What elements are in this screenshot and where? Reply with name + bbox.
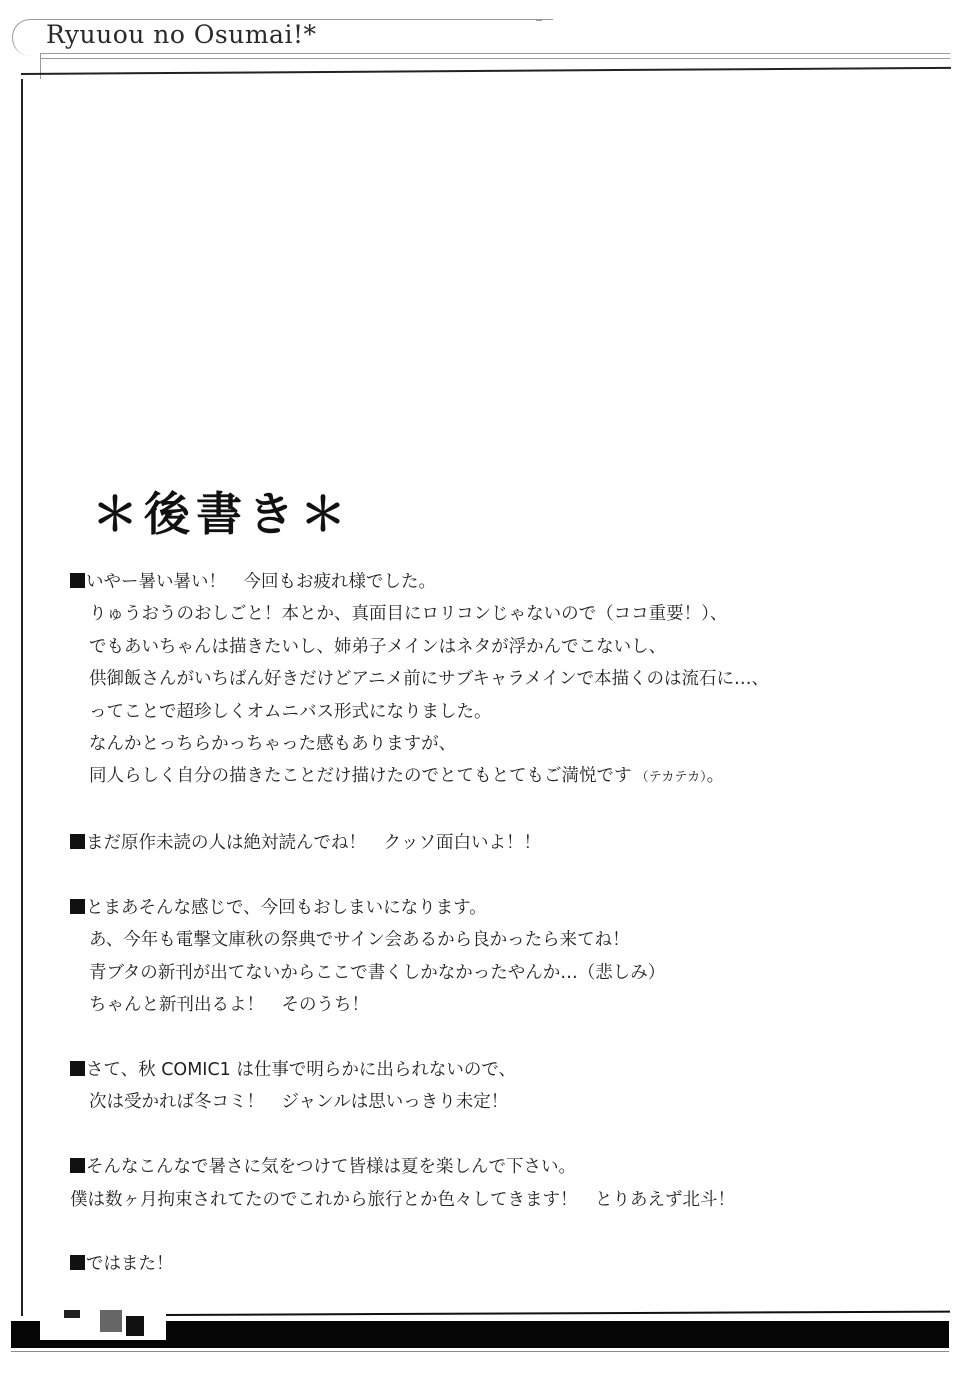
text-line: とまあそんな感じで、今回もおしまいになります。 <box>70 892 930 924</box>
line-text: ってことで超珍しくオムニバス形式になりました。 <box>89 702 492 722</box>
header-vertical-tick <box>40 53 41 79</box>
line-text: ちゃんと新刊出るよ！ そのうち！ <box>89 995 369 1015</box>
line-text: さて、秋 COMIC1 は仕事で明らかに出られないので、 <box>86 1060 516 1080</box>
text-line: まだ原作未読の人は絶対読んでね！ クッソ面白いよ！！ <box>70 827 930 859</box>
chibi-character-icon <box>100 1310 122 1332</box>
paragraph: そんなこんなで暑さに気をつけて皆様は夏を楽しんで下さい。僕は数ヶ月拘束されてたの… <box>70 1151 930 1216</box>
chibi-character-icon <box>126 1316 144 1336</box>
square-bullet-icon <box>70 899 85 914</box>
line-text: いやー暑い暑い！ 今回もお疲れ様でした。 <box>86 572 436 592</box>
frame-left-border <box>21 79 23 1316</box>
text-line: ってことで超珍しくオムニバス形式になりました。 <box>70 696 930 728</box>
paragraph: まだ原作未読の人は絶対読んでね！ クッソ面白いよ！！ <box>70 827 930 859</box>
text-line: りゅうおうのおしごと！本とか、真面目にロリコンじゃないので（ココ重要！）、 <box>70 598 930 630</box>
text-line: 次は受かれば冬コミ！ ジャンルは思いっきり未定！ <box>70 1086 930 1118</box>
text-line: 僕は数ヶ月拘束されてたのでこれから旅行とか色々してきます！ とりあえず北斗！ <box>70 1184 930 1216</box>
line-text: 次は受かれば冬コミ！ ジャンルは思いっきり未定！ <box>89 1092 508 1112</box>
line-text: 青ブタの新刊が出てないからここで書くしかなかったやんか…（悲しみ） <box>89 963 665 983</box>
line-text: でもあいちゃんは描きたいし、姉弟子メインはネタが浮かんでこないし、 <box>89 637 666 657</box>
square-bullet-icon <box>70 573 85 588</box>
header-rule-2 <box>40 58 950 59</box>
line-text: ではまた！ <box>86 1254 174 1274</box>
line-text: とまあそんな感じで、今回もおしまいになります。 <box>86 898 487 918</box>
square-bullet-icon <box>70 1255 85 1270</box>
header-rule-stub <box>536 20 542 21</box>
paragraph: さて、秋 COMIC1 は仕事で明らかに出られないので、次は受かれば冬コミ！ ジ… <box>70 1054 930 1119</box>
text-line: なんかとっちらかっちゃった感もありますが、 <box>70 728 930 760</box>
footer-rule <box>11 1351 949 1352</box>
text-line: そんなこんなで暑さに気をつけて皆様は夏を楽しんで下さい。 <box>70 1151 930 1183</box>
line-text: そんなこんなで暑さに気をつけて皆様は夏を楽しんで下さい。 <box>86 1157 576 1177</box>
footer-character-strip <box>40 1310 166 1340</box>
page-header-title: Ryuuou no Osumai!* <box>46 20 317 49</box>
line-text: まだ原作未読の人は絶対読んでね！ クッソ面白いよ！！ <box>86 833 541 853</box>
text-line: 同人らしく自分の描きたことだけ描けたのでとてもとてもご満悦です （テカテカ）。 <box>70 760 930 794</box>
paragraph: いやー暑い暑い！ 今回もお疲れ様でした。りゅうおうのおしごと！本とか、真面目にロ… <box>70 566 930 795</box>
chibi-character-icon <box>64 1310 80 1318</box>
aside-text: （テカテカ） <box>632 770 707 785</box>
afterword-body: いやー暑い暑い！ 今回もお疲れ様でした。りゅうおうのおしごと！本とか、真面目にロ… <box>70 566 930 1313</box>
paragraph: とまあそんな感じで、今回もおしまいになります。あ、今年も電撃文庫秋の祭典でサイン… <box>70 892 930 1022</box>
text-line: ちゃんと新刊出るよ！ そのうち！ <box>70 989 930 1021</box>
paragraph: ではまた！ <box>70 1248 930 1280</box>
text-line: あ、今年も電撃文庫秋の祭典でサイン会あるから良かったら来てね！ <box>70 924 930 956</box>
header-rule-1 <box>40 53 950 54</box>
square-bullet-icon <box>70 834 85 849</box>
frame-top-border <box>21 67 951 75</box>
line-text: なんかとっちらかっちゃった感もありますが、 <box>89 734 456 754</box>
text-line: ではまた！ <box>70 1248 930 1280</box>
text-line: さて、秋 COMIC1 は仕事で明らかに出られないので、 <box>70 1054 930 1086</box>
square-bullet-icon <box>70 1158 85 1173</box>
text-line: いやー暑い暑い！ 今回もお疲れ様でした。 <box>70 566 930 598</box>
text-line: でもあいちゃんは描きたいし、姉弟子メインはネタが浮かんでこないし、 <box>70 631 930 663</box>
line-text: りゅうおうのおしごと！本とか、真面目にロリコンじゃないので（ココ重要！）、 <box>89 604 727 624</box>
line-text: 供御飯さんがいちばん好きだけどアニメ前にサブキャラメインで本描くのは流石に…、 <box>89 669 769 689</box>
line-text: あ、今年も電撃文庫秋の祭典でサイン会あるから良かったら来てね！ <box>89 930 630 950</box>
line-text: 同人らしく自分の描きたことだけ描けたのでとてもとてもご満悦です <box>89 766 632 786</box>
square-bullet-icon <box>70 1061 85 1076</box>
text-line: 供御飯さんがいちばん好きだけどアニメ前にサブキャラメインで本描くのは流石に…、 <box>70 663 930 695</box>
afterword-heading: ＊後書き＊ <box>92 478 352 544</box>
punctuation: 。 <box>707 766 725 786</box>
line-text: 僕は数ヶ月拘束されてたのでこれから旅行とか色々してきます！ とりあえず北斗！ <box>70 1190 735 1210</box>
text-line: 青ブタの新刊が出てないからここで書くしかなかったやんか…（悲しみ） <box>70 957 930 989</box>
